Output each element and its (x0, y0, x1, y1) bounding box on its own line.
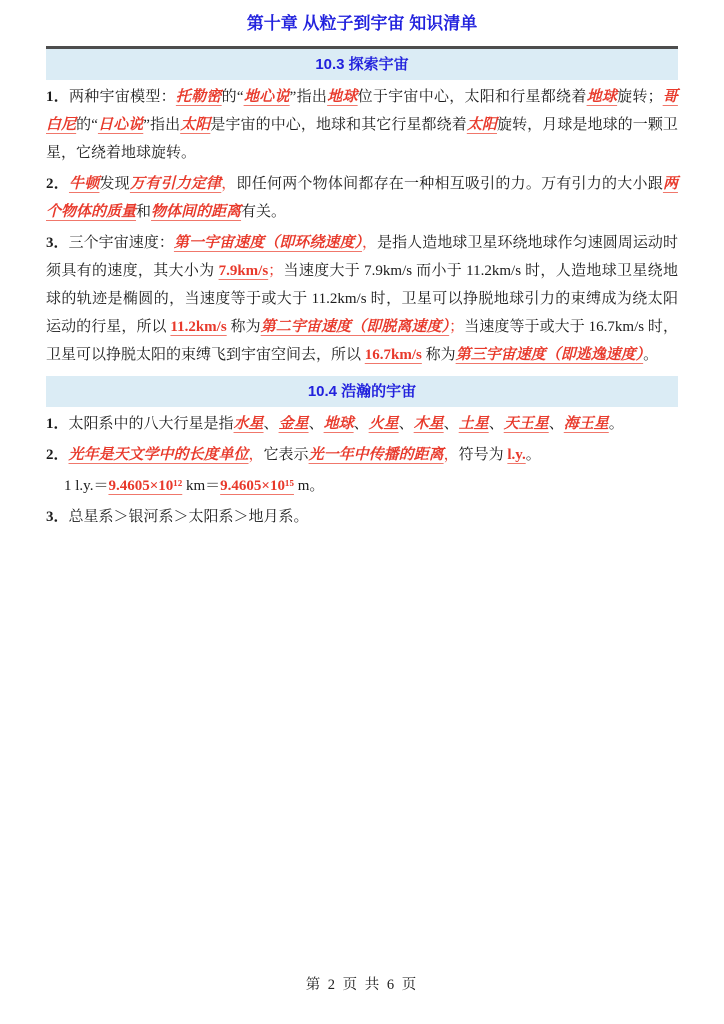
sections-container: 10.3 探索宇宙1．两种宇宙模型：托勒密的“地心说”指出地球位于宇宙中心，太阳… (46, 46, 678, 531)
highlight-run: 太阳 (180, 117, 210, 133)
text-run: 有关。 (241, 204, 286, 220)
text-run: 的“ (76, 117, 98, 133)
list-item: 2．光年是天文学中的长度单位，它表示光一年中传播的距离，符号为 l.y.。 (46, 441, 678, 469)
text-run: 、 (309, 416, 324, 432)
highlight-run: 第一宇宙速度（即环绕速度） (174, 235, 362, 251)
highlight-run: 牛顿 (69, 176, 99, 192)
text-run: 。 (526, 447, 541, 463)
highlight-run: 7.9km/s (219, 263, 269, 279)
text-run: 。 (609, 416, 624, 432)
highlight-run: 物体间的距离 (151, 204, 241, 220)
highlight-run: 托勒密 (176, 89, 222, 105)
page-footer: 第 2 页 共 6 页 (0, 973, 724, 994)
text-run: 太阳系中的八大行星是指 (69, 416, 234, 432)
red-punct-run: ， (444, 447, 459, 463)
text-run: 即任何两个物体间都存在一种相互吸引的力。万有引力的大小跟 (237, 176, 663, 192)
red-punct-run: ， (362, 235, 377, 251)
red-punct-run: ； (268, 263, 283, 279)
item-number: 3． (46, 235, 69, 251)
page-content: 第十章 从粒子到宇宙 知识清单 10.3 探索宇宙1．两种宇宙模型：托勒密的“地… (0, 0, 724, 531)
list-item: 3．三个宇宙速度：第一宇宙速度（即环绕速度），是指人造地球卫星环绕地球作匀速圆周… (46, 229, 678, 369)
highlight-run: 第三宇宙速度（即逃逸速度） (456, 347, 644, 363)
highlight-run: 16.7km/s (365, 347, 422, 363)
text-run: 1 l.y.＝ (64, 478, 108, 494)
text-run: 、 (399, 416, 414, 432)
text-run: m。 (294, 478, 324, 494)
document-page: 第十章 从粒子到宇宙 知识清单 10.3 探索宇宙1．两种宇宙模型：托勒密的“地… (0, 0, 724, 1024)
list-item: 3．总星系＞银河系＞太阳系＞地月系。 (46, 503, 678, 531)
text-run: 、 (354, 416, 369, 432)
highlight-run: 太阳 (467, 117, 497, 133)
text-run: 发现 (99, 176, 129, 192)
item-number: 2． (46, 447, 69, 463)
highlight-run: 9.4605×10¹² (108, 478, 182, 494)
text-run: 称为 (422, 347, 456, 363)
text-run: 、 (549, 416, 564, 432)
text-run: 。 (643, 347, 658, 363)
text-run: 的“ (222, 89, 244, 105)
item-number: 2． (46, 176, 69, 192)
list-item: 2．牛顿发现万有引力定律，即任何两个物体间都存在一种相互吸引的力。万有引力的大小… (46, 170, 678, 226)
section-heading: 10.4 浩瀚的宇宙 (46, 376, 678, 407)
highlight-run: 光一年中传播的距离 (309, 447, 444, 463)
text-run: 和 (136, 204, 151, 220)
highlight-run: 地球 (587, 89, 618, 105)
red-punct-run: ， (221, 176, 236, 192)
list-item: 1．两种宇宙模型：托勒密的“地心说”指出地球位于宇宙中心，太阳和行星都绕着地球旋… (46, 83, 678, 167)
text-run: 符号为 (459, 447, 508, 463)
text-run: 总星系＞银河系＞太阳系＞地月系。 (69, 509, 309, 525)
text-run: 两种宇宙模型： (69, 89, 176, 105)
text-run: 位于宇宙中心，太阳和行星都绕着 (358, 89, 587, 105)
text-run: 、 (264, 416, 279, 432)
highlight-run: 光年是天文学中的长度单位 (69, 447, 249, 463)
highlight-run: 木星 (414, 416, 444, 432)
highlight-run: 土星 (459, 416, 489, 432)
text-run: 称为 (227, 319, 261, 335)
formula-line: 1 l.y.＝9.4605×10¹² km＝9.4605×10¹⁵ m。 (46, 472, 678, 500)
text-run: 旋转； (617, 89, 663, 105)
highlight-run: 金星 (279, 416, 309, 432)
page-title: 第十章 从粒子到宇宙 知识清单 (46, 12, 678, 36)
text-run: 它表示 (264, 447, 309, 463)
text-run: km＝ (182, 478, 220, 494)
highlight-run: 日心说 (98, 117, 143, 133)
highlight-run: 地心说 (244, 89, 290, 105)
item-number: 1． (46, 89, 69, 105)
highlight-run: 11.2km/s (170, 319, 226, 335)
section-heading: 10.3 探索宇宙 (46, 46, 678, 80)
highlight-run: 9.4605×10¹⁵ (220, 478, 294, 494)
highlight-run: l.y. (507, 447, 525, 463)
highlight-run: 火星 (369, 416, 399, 432)
highlight-run: 地球 (324, 416, 354, 432)
highlight-run: 天王星 (504, 416, 549, 432)
list-item: 1．太阳系中的八大行星是指水星、金星、地球、火星、木星、土星、天王星、海王星。 (46, 410, 678, 438)
text-run: 是宇宙的中心，地球和其它行星都绕着 (210, 117, 466, 133)
text-run: 三个宇宙速度： (69, 235, 174, 251)
text-run: ”指出 (290, 89, 327, 105)
red-punct-run: ； (449, 319, 464, 335)
highlight-run: 海王星 (564, 416, 609, 432)
highlight-run: 万有引力定律 (130, 176, 221, 192)
item-number: 1． (46, 416, 69, 432)
highlight-run: 水星 (234, 416, 264, 432)
highlight-run: 第二宇宙速度（即脱离速度） (261, 319, 449, 335)
red-punct-run: ， (249, 447, 264, 463)
text-run: 、 (489, 416, 504, 432)
text-run: ”指出 (143, 117, 180, 133)
item-number: 3． (46, 509, 69, 525)
highlight-run: 地球 (327, 89, 358, 105)
text-run: 、 (444, 416, 459, 432)
